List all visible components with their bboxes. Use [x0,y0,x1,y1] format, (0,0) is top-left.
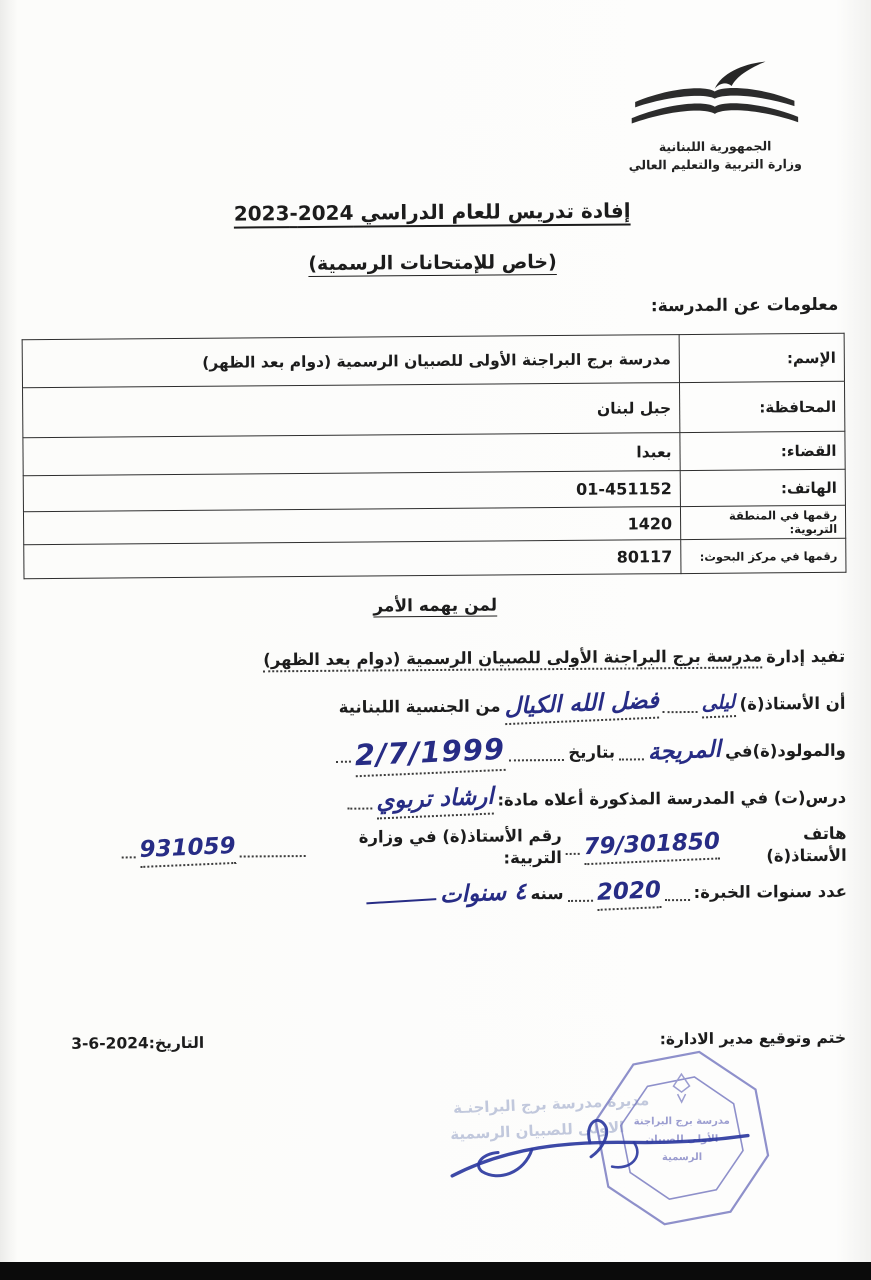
dotted-leader [663,696,698,713]
table-row: القضاء: بعبدا [23,431,845,475]
line5-prefix: هاتف الأستاذ(ة) [724,823,847,867]
line2-prefix: أن الأستاذ(ة) [740,693,846,715]
field-label: الإسم: [679,333,844,382]
field-label: رقمها في مركز البحوث: [681,538,846,573]
field-label: رقمها في المنطقة التربوية: [680,505,845,539]
field-value: بعبدا [23,433,680,476]
stamp-and-signature-area: مديرة مدرسة برج البراجنـة الاولى للصبيان… [381,1045,829,1254]
handwritten-year: 2020 [596,876,661,911]
body-line-experience: عدد سنوات الخبرة: 2020 سنه ٤ سنوات [122,868,847,921]
handwritten-birthdate: 2/7/1999 [354,731,506,777]
school-info-table: الإسم: مدرسة برج البراجنة الأولى للصبيان… [22,333,847,579]
line3-prefix: والمولود(ة)في [725,740,846,762]
svg-text:مدرسة برج البراجنة: مدرسة برج البراجنة [634,1116,730,1128]
table-row: الإسم: مدرسة برج البراجنة الأولى للصبيان… [22,333,844,387]
field-value: 1420 [23,507,680,545]
line1-prefix: تفيد إدارة [766,646,845,668]
table-row: رقمها في مركز البحوث: 80117 [24,538,846,578]
field-value: 80117 [24,540,681,579]
scanned-document-page: الجمهورية اللبنانية وزارة التربية والتعل… [0,0,871,1280]
svg-text:مديرة مدرسة برج البراجنـة: مديرة مدرسة برج البراجنـة [453,1091,650,1117]
body-line-school: تفيد إدارة مدرسة برج البراجنة الأولى للص… [120,633,845,686]
body-line-subject: درس(ت) في المدرسة المذكورة أعلاه مادة: ا… [121,774,846,827]
field-value: مدرسة برج البراجنة الأولى للصبيان الرسمي… [22,335,679,388]
octagonal-school-stamp-icon: مدرسة برج البراجنة الأولى للصبيان الرسمي… [595,1051,768,1224]
line4-prefix: درس(ت) في المدرسة المذكورة أعلاه مادة: [497,787,846,811]
ministry-logo-icon [629,61,800,134]
field-label: المحافظة: [679,381,844,432]
line2-suffix: من الجنسية اللبنانية [339,695,501,718]
handwritten-subject: ارشاد تربوي [375,782,494,819]
dotted-leader [568,885,593,902]
line3-mid: بتاريخ [568,741,615,763]
dotted-leader [347,793,372,810]
handwritten-birthplace: المريجة [647,735,721,768]
ministry-header: الجمهورية اللبنانية وزارة التربية والتعل… [614,61,815,174]
handwritten-years-count: ٤ سنوات [440,877,528,911]
school-info-section-title: معلومات عن المدرسة: [651,295,839,316]
dotted-leader [240,840,306,858]
line1-school-name: مدرسة برج البراجنة الأولى للصبيان الرسمي… [263,645,762,672]
attestation-body: تفيد إدارة مدرسة برج البراجنة الأولى للص… [120,633,847,921]
ministry-name-line1: الجمهورية اللبنانية [615,137,815,156]
body-line-birth: والمولود(ة)في المريجة بتاريخ 2/7/1999 [121,727,846,780]
dotted-leader [665,884,690,901]
handwritten-ministry-number: 931059 [139,831,236,867]
body-line-teacher-name: أن الأستاذ(ة) ليلى فضل الله الكيال من ال… [120,680,845,733]
handwritten-first-name: ليلى [701,690,736,718]
line5-mid: رقم الأستاذ(ة) في وزارة التربية: [310,825,562,870]
dotted-leader [122,841,136,858]
handwritten-underline-dash [366,886,437,904]
line6-prefix: عدد سنوات الخبرة: [694,881,848,904]
faint-stamp-text: مديرة مدرسة برج البراجنـة الاولى للصبيان… [449,1091,651,1144]
body-line-phone-number: هاتف الأستاذ(ة) 79/301850 رقم الأستاذ(ة)… [121,821,846,874]
handwritten-family-name: فضل الله الكيال [504,686,660,724]
svg-text:الرسمية: الرسمية [662,1152,702,1163]
date-label: التاريخ:2024-6-3 [71,1034,204,1053]
dotted-leader [619,743,644,760]
field-label: الهاتف: [680,469,845,506]
ministry-name-line2: وزارة التربية والتعليم العالي [615,155,815,174]
scan-edge-bar [0,1262,871,1280]
field-value: جبل لبنان [23,383,680,438]
attestation-heading: لمن يهمه الأمر [0,593,871,620]
table-row: المحافظة: جبل لبنان [23,381,845,437]
handwritten-teacher-phone: 79/301850 [583,827,721,865]
dotted-leader [336,746,351,763]
line6-mid: سنه [531,883,564,905]
field-value: 01-451152 [23,471,680,512]
document-subtitle: (خاص للإمتحانات الرسمية) [0,249,868,278]
dotted-leader [566,838,580,855]
document-title: إفادة تدريس للعام الدراسي 2024-2023 [0,197,868,228]
field-label: القضاء: [680,431,845,470]
dotted-leader [509,744,564,761]
